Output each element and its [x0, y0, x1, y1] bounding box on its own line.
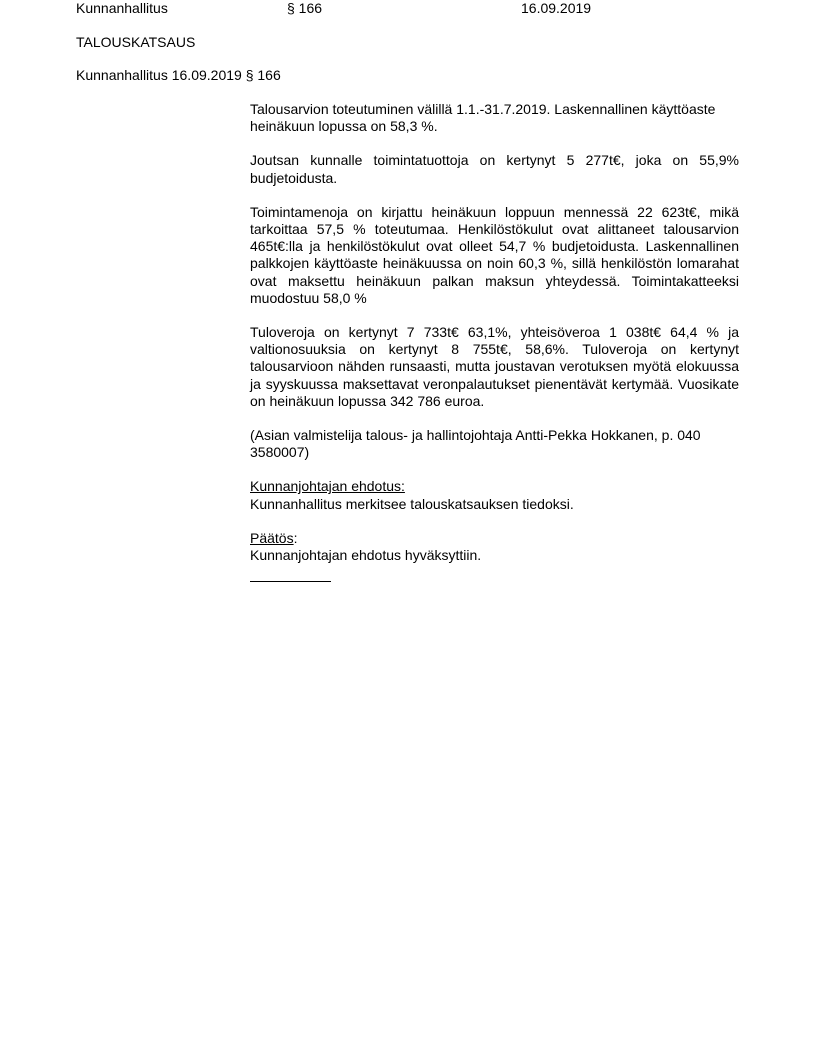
- preparer-note: (Asian valmistelija talous- ja hallintoj…: [250, 427, 739, 461]
- end-rule: [250, 581, 331, 582]
- meeting-reference: Kunnanhallitus 16.09.2019 § 166: [76, 67, 281, 83]
- decision-heading: Päätös: [250, 530, 294, 546]
- paragraph-revenue: Joutsan kunnalle toimintatuottoja on ker…: [250, 152, 739, 186]
- preparer-line-1: (Asian valmistelija talous- ja hallintoj…: [250, 427, 739, 444]
- document-body: Talousarvion toteutuminen välillä 1.1.-3…: [250, 101, 739, 582]
- paragraph-overview: Talousarvion toteutuminen välillä 1.1.-3…: [250, 101, 739, 135]
- document-title: TALOUSKATSAUS: [76, 34, 195, 50]
- decision-heading-line: Päätös:: [250, 530, 739, 547]
- paragraph-expenses: Toimintamenoja on kirjattu heinäkuun lop…: [250, 204, 739, 307]
- decision-heading-colon: :: [294, 530, 298, 546]
- header-date: 16.09.2019: [521, 0, 591, 16]
- header-body: Kunnanhallitus: [76, 0, 168, 16]
- proposal-text: Kunnanhallitus merkitsee talouskatsaukse…: [250, 496, 739, 513]
- decision-section: Päätös: Kunnanjohtajan ehdotus hyväksytt…: [250, 530, 739, 564]
- decision-text: Kunnanjohtajan ehdotus hyväksyttiin.: [250, 547, 739, 564]
- proposal-heading: Kunnanjohtajan ehdotus:: [250, 478, 739, 495]
- proposal-section: Kunnanjohtajan ehdotus: Kunnanhallitus m…: [250, 478, 739, 512]
- preparer-line-2: 3580007): [250, 444, 739, 461]
- paragraph-taxes: Tuloveroja on kertynyt 7 733t€ 63,1%, yh…: [250, 324, 739, 410]
- header-section: § 166: [287, 0, 322, 16]
